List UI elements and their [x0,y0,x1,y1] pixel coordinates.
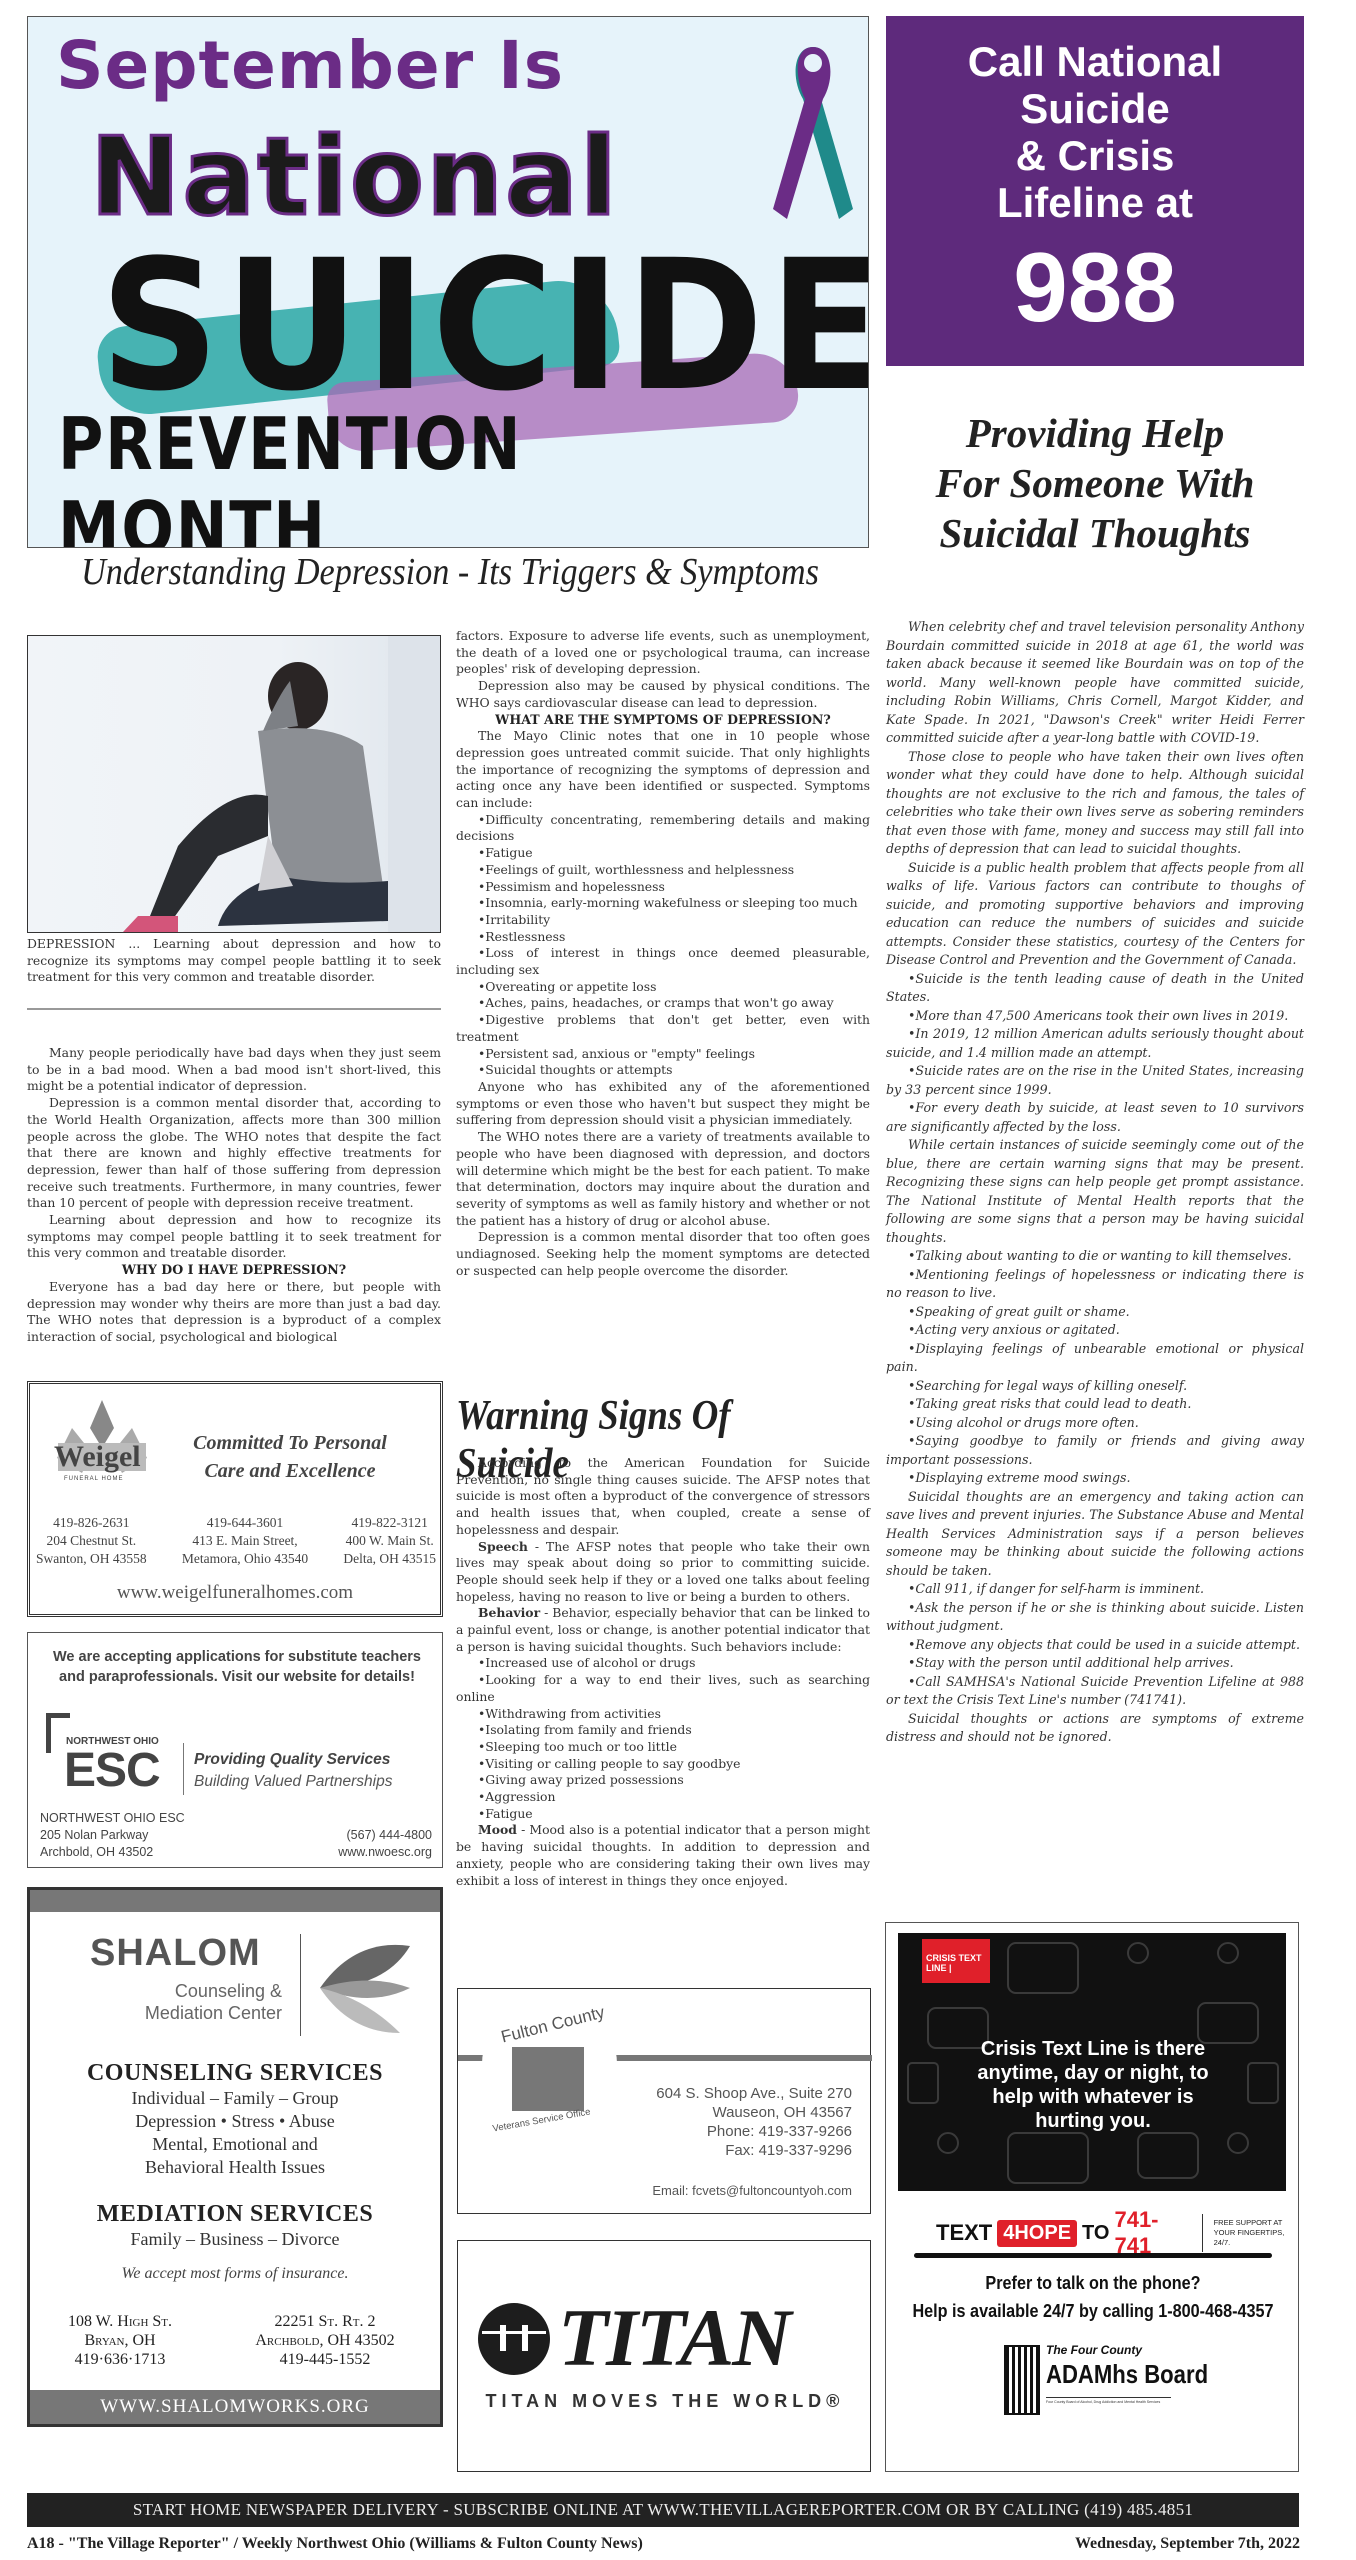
location-street: 22251 St. Rt. 2 [220,2312,430,2331]
paragraph: Suicidal thoughts or actions are symptom… [886,1710,1304,1747]
behavior-label: Behavior [478,1605,540,1620]
fulton-email-link[interactable]: Email: fcvets@fultoncountyoh.com [652,2183,852,2198]
weigel-tagline-2: Care and Excellence [170,1457,410,1485]
location-phone: 419-822-3121 [343,1514,436,1532]
action-item: •Call 911, if danger for self-harm is im… [886,1580,1304,1599]
esc-phone: (567) 444-4800 [338,1827,432,1844]
weigel-website-link[interactable]: www.weigelfuneralhomes.com [30,1582,440,1604]
location-city: Archbold, OH 43502 [220,2331,430,2350]
paragraph: Depression is a common mental disorder t… [27,1095,441,1212]
paragraph: Suicide is a public health problem that … [886,859,1304,970]
titan-wheel-logo-icon [478,2303,550,2375]
location-street: 400 W. Main St. [343,1532,436,1550]
location-phone: 419-644-3601 [182,1514,308,1532]
banner-line-september: September Is [56,27,564,104]
symptom-item: •Irritability [456,912,870,929]
stat-item: •More than 47,500 Americans took their o… [886,1007,1304,1026]
shalom-top-bar [30,1890,440,1912]
paragraph: Many people periodically have bad days w… [27,1045,441,1095]
paragraph: When celebrity chef and travel televisio… [886,618,1304,748]
symptom-item: •Overeating or appetite loss [456,979,870,996]
shalom-location-bryan: 108 W. High St. Bryan, OH 419·636·1713 [40,2312,200,2369]
lifeline-line-1: Call National [886,38,1304,85]
sign-item: •Talking about wanting to die or wanting… [886,1247,1304,1266]
shalom-divider [300,1934,301,2036]
crisis-number: 741-741 [1114,2207,1190,2259]
mood-label: Mood [478,1822,517,1837]
location-city: Delta, OH 43515 [343,1550,436,1568]
location-city: Bryan, OH [40,2331,200,2350]
esc-contact: (567) 444-4800 www.nwoesc.org [338,1827,432,1861]
location-street: 413 E. Main Street, [182,1532,308,1550]
titan-logo-text: TITAN [558,2291,789,2385]
adamhs-logo-icon [1004,2345,1040,2415]
paragraph: The Mayo Clinic notes that one in 10 peo… [456,728,870,812]
weigel-location: 419-822-3121400 W. Main St.Delta, OH 435… [343,1514,436,1568]
esc-address: NORTHWEST OHIO ESC 205 Nolan Parkway Arc… [40,1810,185,1861]
photo-caption: DEPRESSION ... Learning about depression… [27,936,441,1010]
stat-item: •Suicide rates are on the rise in the Un… [886,1062,1304,1099]
paragraph: Suicidal thoughts are an emergency and t… [886,1488,1304,1581]
sign-item: •Acting very anxious or agitated. [886,1321,1304,1340]
lifeline-line-2: Suicide [886,85,1304,132]
paragraph: Learning about depression and how to rec… [27,1212,441,1262]
fulton-county-veterans-ad[interactable]: Fulton County Veterans Service Office 60… [457,1988,871,2214]
text-4hope-line: TEXT 4HOPE TO 741-741 FREE SUPPORT ATYOU… [936,2207,1298,2259]
subheading-why-depression: WHY DO I HAVE DEPRESSION? [27,1262,441,1279]
symptom-item: •Digestive problems that don't get bette… [456,1012,870,1045]
fulton-address-2: Wauseon, OH 43567 [656,2103,852,2122]
depression-article-headline: Understanding Depression - Its Triggers … [72,550,828,594]
esc-logo-main: ESC [64,1743,160,1798]
paragraph: Depression also may be caused by physica… [456,678,870,711]
side-note-2: YOUR FINGERTIPS, 24/7. [1214,2228,1285,2247]
counseling-line: Individual – Family – Group [30,2087,440,2110]
esc-slogan-2: Building Valued Partnerships [194,1773,392,1791]
help-article-headline: Providing Help For Someone With Suicidal… [886,408,1304,558]
counseling-line: Mental, Emotional and [30,2133,440,2156]
shalom-location-archbold: 22251 St. Rt. 2 Archbold, OH 43502 419-4… [220,2312,430,2369]
mediation-line: Family – Business – Divorce [30,2228,440,2251]
location-street: 204 Chestnut St. [36,1532,147,1550]
action-item: •Remove any objects that could be used i… [886,1636,1304,1655]
behavior-item: •Isolating from family and friends [456,1722,870,1739]
page-folio: A18 - "The Village Reporter" / Weekly No… [27,2535,643,2553]
stat-item: •In 2019, 12 million American adults ser… [886,1025,1304,1062]
esc-city: Archbold, OH 43502 [40,1844,185,1861]
location-city: Metamora, Ohio 43540 [182,1550,308,1568]
esc-website-link[interactable]: www.nwoesc.org [338,1844,432,1861]
weigel-locations: 419-826-2631204 Chestnut St.Swanton, OH … [36,1514,436,1568]
shalom-counseling-section: COUNSELING SERVICES Individual – Family … [30,2060,440,2283]
paragraph: Those close to people who have taken the… [886,748,1304,859]
weigel-funeral-home-ad[interactable]: Weigel FUNERAL HOME Committed To Persona… [27,1381,443,1617]
behavior-item: •Aggression [456,1789,870,1806]
caption-divider [27,1008,441,1010]
weigel-location: 419-826-2631204 Chestnut St.Swanton, OH … [36,1514,147,1568]
esc-org-name: NORTHWEST OHIO ESC [40,1810,185,1827]
banner-line-suicide: SUICIDE [100,222,869,431]
symptom-item: •Persistent sad, anxious or "empty" feel… [456,1046,870,1063]
location-street: 108 W. High St. [40,2312,200,2331]
help-headline-line-2: For Someone With [886,458,1304,508]
weigel-tagline-1: Committed To Personal [170,1429,410,1457]
behavior-item: •Fatigue [456,1806,870,1823]
sign-item: •Mentioning feelings of hopelessness or … [886,1266,1304,1303]
symptom-item: •Pessimism and hopelessness [456,879,870,896]
leaf-logo-icon [315,1938,415,2038]
fulton-address: 604 S. Shoop Ave., Suite 270 Wauseon, OH… [656,2084,852,2160]
behavior-item: •Withdrawing from activities [456,1706,870,1723]
crisis-text-line-ad[interactable]: CRISIS TEXT LINE | Crisis Text Line is t… [885,1922,1299,2472]
symptom-item: •Loss of interest in things once deemed … [456,945,870,978]
titan-slogan: TITAN MOVES THE WORLD® [458,2391,872,2412]
sign-item: •Using alcohol or drugs more often. [886,1414,1304,1433]
depression-article-col1: Many people periodically have bad days w… [27,1045,441,1346]
help-article-body: When celebrity chef and travel televisio… [886,618,1304,1747]
sign-item: •Speaking of great guilt or shame. [886,1303,1304,1322]
behavior-item: •Sleeping too much or too little [456,1739,870,1756]
adamhs-board-sub: Four County Board of Alcohol, Drug Addic… [1046,2397,1171,2404]
symptom-item: •Suicidal thoughts or attempts [456,1062,870,1079]
banner-line-prevention-month: PREVENTION MONTH [58,402,755,548]
speech-label: Speech [478,1539,528,1554]
shalom-logo: SHALOM [90,1932,261,1975]
symptom-item: •Difficulty concentrating, remembering d… [456,812,870,845]
to-word: TO [1082,2222,1109,2245]
suicide-prevention-month-banner: September Is National SUICIDE PREVENTION… [27,16,869,548]
crisis-message: Crisis Text Line is there anytime, day o… [968,2037,1218,2133]
depression-article-col2: factors. Exposure to adverse life events… [456,628,870,1279]
location-phone: 419-445-1552 [220,2350,430,2369]
sign-item: •Saying goodbye to family or friends and… [886,1432,1304,1469]
location-phone: 419-826-2631 [36,1514,147,1532]
symptom-item: •Fatigue [456,845,870,862]
titan-ad[interactable]: TITAN TITAN MOVES THE WORLD® [457,2240,871,2472]
location-city: Swanton, OH 43558 [36,1550,147,1568]
behavior-item: •Giving away prized possessions [456,1772,870,1789]
photo-caption-text: DEPRESSION ... Learning about depression… [27,936,441,986]
paragraph: The WHO notes there are a variety of tre… [456,1129,870,1229]
weigel-logo: Weigel FUNERAL HOME [52,1398,152,1498]
action-item: •Call SAMHSA's National Suicide Preventi… [886,1673,1304,1710]
adamhs-board-top: The Four County [1046,2343,1142,2357]
insurance-note: We accept most forms of insurance. [30,2265,440,2283]
esc-headline: We are accepting applications for substi… [42,1647,432,1687]
symptom-item: •Restlessness [456,929,870,946]
weigel-logo-sub: FUNERAL HOME [64,1476,123,1482]
shalom-logo-sub-2: Mediation Center [90,2002,282,2024]
subscribe-banner[interactable]: START HOME NEWSPAPER DELIVERY - SUBSCRIB… [27,2493,1299,2527]
paragraph: factors. Exposure to adverse life events… [456,628,870,678]
shalom-website-link[interactable]: WWW.SHALOMWORKS.ORG [30,2390,440,2424]
fulton-seal-top: Fulton County [499,2002,607,2047]
side-note-1: FREE SUPPORT AT [1214,2218,1283,2227]
stat-item: •For every death by suicide, at least se… [886,1099,1304,1136]
esc-street: 205 Nolan Parkway [40,1827,185,1844]
behavior-item: •Visiting or calling people to say goodb… [456,1756,870,1773]
crisis-phone-section: Prefer to talk on the phone? Help is ava… [907,2269,1280,2325]
paragraph: Depression is a common mental disorder t… [456,1229,870,1279]
crisis-divider [1202,2214,1203,2252]
sign-item: •Taking great risks that could lead to d… [886,1395,1304,1414]
behavior-item: •Increased use of alcohol or drugs [456,1655,870,1672]
esc-slogan-1: Providing Quality Services [194,1751,390,1769]
mediation-title: MEDIATION SERVICES [30,2201,440,2228]
text-word: TEXT [936,2220,992,2246]
behavior-paragraph: Behavior - Behavior, especially behavior… [456,1605,870,1655]
sign-item: •Searching for legal ways of killing one… [886,1377,1304,1396]
lifeline-988-box: Call National Suicide & Crisis Lifeline … [886,16,1304,366]
counseling-line: Depression • Stress • Abuse [30,2110,440,2133]
speech-paragraph: Speech - The AFSP notes that people who … [456,1539,870,1606]
symptom-item: •Feelings of guilt, worthlessness and he… [456,862,870,879]
lifeline-line-3: & Crisis [886,132,1304,179]
fulton-phone: Phone: 419-337-9266 [656,2122,852,2141]
crisis-text-line-badge: CRISIS TEXT LINE | [922,1939,990,1983]
shalom-logo-sub-1: Counseling & [90,1980,282,2002]
weigel-logo-name: Weigel [54,1440,141,1474]
crisis-dark-panel: CRISIS TEXT LINE | Crisis Text Line is t… [898,1933,1286,2191]
counseling-line: Behavioral Health Issues [30,2156,440,2179]
ohio-map-icon [512,2047,584,2111]
lifeline-line-4: Lifeline at [886,179,1304,226]
crisis-rule [914,2253,1272,2258]
sign-item: •Displaying extreme mood swings. [886,1469,1304,1488]
paragraph: While certain instances of suicide seemi… [886,1136,1304,1247]
weigel-tagline: Committed To Personal Care and Excellenc… [170,1429,410,1485]
lifeline-text: Call National Suicide & Crisis Lifeline … [886,16,1304,226]
woman-sitting-illustration [28,636,441,933]
keyword-4hope: 4HOPE [997,2220,1077,2247]
help-headline-line-3: Suicidal Thoughts [886,508,1304,558]
help-headline-line-1: Providing Help [886,408,1304,458]
paragraph: According to the American Foundation for… [456,1455,870,1539]
action-item: •Stay with the person until additional h… [886,1654,1304,1673]
symptom-item: •Aches, pains, headaches, or cramps that… [456,995,870,1012]
depressed-woman-photo [27,635,441,933]
esc-divider [183,1743,184,1795]
counseling-title: COUNSELING SERVICES [30,2060,440,2087]
northwest-ohio-esc-ad[interactable]: We are accepting applications for substi… [27,1632,443,1868]
sign-item: •Displaying feelings of unbearable emoti… [886,1340,1304,1377]
shalom-logo-sub: Counseling & Mediation Center [90,1980,282,2024]
adamhs-board-name: ADAMhs Board [1046,2359,1208,2390]
paragraph: Everyone has a bad day here or there, bu… [27,1279,441,1346]
fulton-seal: Fulton County Veterans Service Office [482,1999,617,2129]
mood-paragraph: Mood - Mood also is a potential indicato… [456,1822,870,1889]
lifeline-number: 988 [886,232,1304,342]
subheading-symptoms: WHAT ARE THE SYMPTOMS OF DEPRESSION? [456,712,870,729]
crisis-side-note: FREE SUPPORT ATYOUR FINGERTIPS, 24/7. [1214,2218,1298,2248]
phone-question: Prefer to talk on the phone? [907,2269,1280,2297]
paragraph: Anyone who has exhibited any of the afor… [456,1079,870,1129]
phone-line: Help is available 24/7 by calling 1-800-… [907,2297,1280,2325]
weigel-location: 419-644-3601413 E. Main Street,Metamora,… [182,1514,308,1568]
issue-date: Wednesday, September 7th, 2022 [1075,2535,1300,2553]
location-phone: 419·636·1713 [40,2350,200,2369]
awareness-ribbon-icon [773,39,853,229]
symptom-item: •Insomnia, early-morning wakefulness or … [456,895,870,912]
warning-signs-article: According to the American Foundation for… [456,1455,870,1889]
fulton-address-1: 604 S. Shoop Ave., Suite 270 [656,2084,852,2103]
action-item: •Ask the person if he or she is thinking… [886,1599,1304,1636]
mood-text: - Mood also is a potential indicator tha… [456,1822,870,1887]
shalom-counseling-ad[interactable]: SHALOM Counseling & Mediation Center COU… [27,1887,443,2427]
fulton-fax: Fax: 419-337-9296 [656,2141,852,2160]
stat-item: •Suicide is the tenth leading cause of d… [886,970,1304,1007]
behavior-item: •Looking for a way to end their lives, s… [456,1672,870,1705]
